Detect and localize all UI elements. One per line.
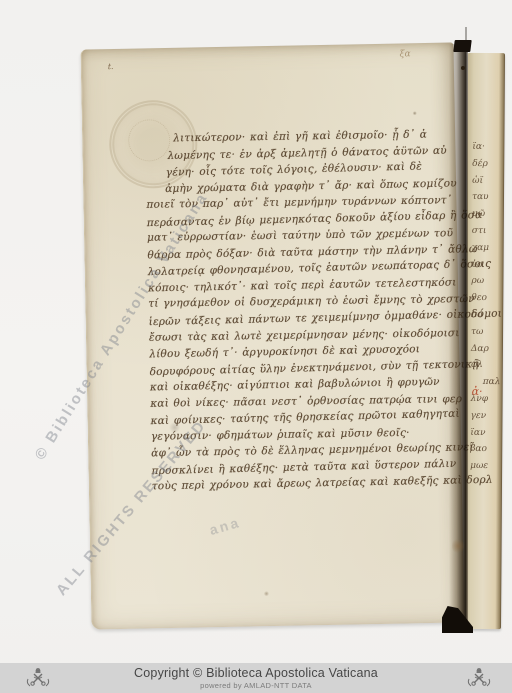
facing-text-fragment: Δαρ <box>471 340 503 357</box>
facing-text-fragment: ϊα· <box>472 139 504 156</box>
facing-text-fragment: θεο <box>471 290 503 307</box>
facing-text-fragment: ὡϊ <box>472 173 504 190</box>
facing-text-fragment: ρω <box>471 273 503 290</box>
manuscript-page: t. ξα λιτικώτερον· καὶ ἐπὶ γῆ καὶ ἐθισμο… <box>80 42 464 629</box>
footer-copyright-text: Copyright © Biblioteca Apostolica Vatica… <box>0 663 512 680</box>
footer-powered-by-text: powered by AMLAD-NTT DATA <box>0 681 512 690</box>
footer-bar: Copyright © Biblioteca Apostolica Vatica… <box>0 663 512 693</box>
facing-text-fragment: ϊαν <box>470 424 502 441</box>
facing-text-fragment: βαο <box>470 441 502 458</box>
folio-number: ξα <box>400 49 411 59</box>
foxing-spot <box>413 111 417 115</box>
facing-text-fragment: γεν <box>470 408 502 425</box>
facing-text-fragment: ταυ <box>472 189 504 206</box>
rubric-red-mark: ἀ· <box>472 385 483 398</box>
manuscript-text-block: λιτικώτερον· καὶ ἐπὶ γῆ καὶ ἐθισμοῖο· ᾗ … <box>145 126 452 496</box>
facing-page-edge: ϊα·δέρὡϊταυμῶστιχαμὑσρωθεοποτωΔαρφλπαλλν… <box>464 53 505 629</box>
foxing-spot <box>264 591 269 596</box>
binding-tab-top <box>453 40 471 52</box>
facing-text-fragment: μωε <box>470 458 502 475</box>
facing-text-fragment: στι <box>472 223 504 240</box>
facing-text-fragment: δέρ <box>472 156 504 173</box>
facing-text-fragment: τω <box>471 324 503 341</box>
vatican-emblem-icon <box>25 666 51 690</box>
ink-dot <box>461 66 465 70</box>
vatican-emblem-icon <box>466 666 492 690</box>
gutter-stain <box>452 538 464 554</box>
corner-ink-mark: t. <box>108 62 114 71</box>
manuscript-viewer: ϊα·δέρὡϊταυμῶστιχαμὑσρωθεοποτωΔαρφλπαλλν… <box>0 0 512 693</box>
